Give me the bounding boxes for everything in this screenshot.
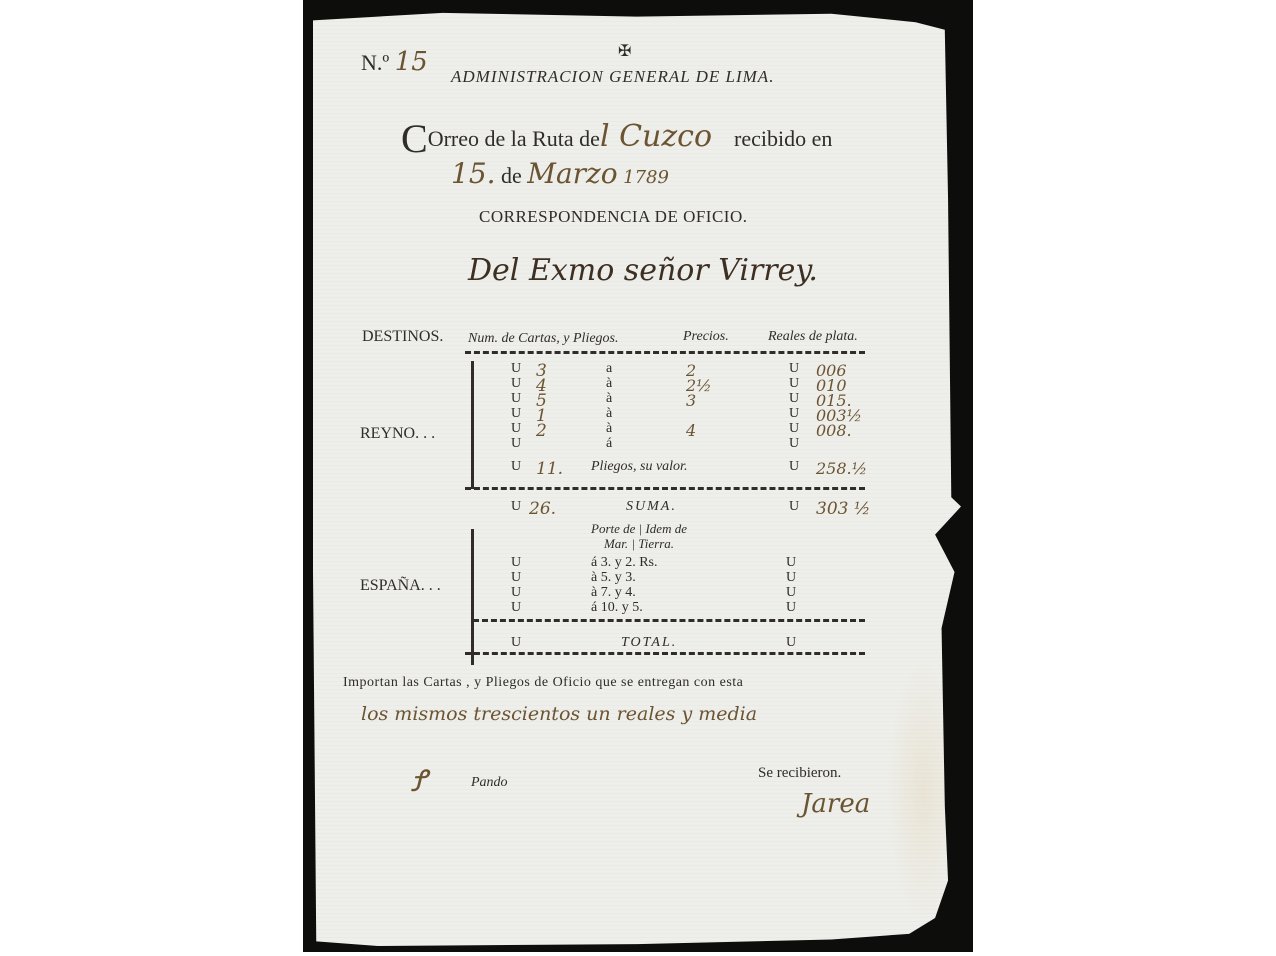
document-number: N.º 15 xyxy=(361,47,428,77)
office-title: ADMINISTRACION GENERAL DE LIMA. xyxy=(451,67,774,87)
header-precios: Precios. xyxy=(683,329,729,345)
table-row: U3a2U006 xyxy=(511,361,871,375)
espana-bracket xyxy=(471,529,474,665)
route-suffix: recibido en xyxy=(734,126,832,151)
suma-row: U 26. SUMA. U 303 ½ xyxy=(511,499,871,517)
espana-row: Uà 7. y 4.U xyxy=(511,585,811,599)
sender: Del Exmo señor Virrey. xyxy=(468,253,818,288)
espana-row: Uá 10. y 5.U xyxy=(511,600,811,614)
route-line: COrreo de la Ruta del Cuzco recibido en xyxy=(401,115,832,162)
table-row: U5à3U015. xyxy=(511,391,871,405)
reyno-bracket xyxy=(471,361,474,489)
received-label: Se recibieron. xyxy=(758,765,841,782)
number-label: N.º xyxy=(361,50,389,75)
reyno-label: REYNO. . . xyxy=(360,425,435,443)
table-row: U1àU003½ xyxy=(511,406,871,420)
total-row: U TOTAL. U xyxy=(511,635,811,651)
pliegos-row: U11.Pliegos, su valor.U258.½ xyxy=(511,459,871,473)
number-value: 15 xyxy=(395,47,428,77)
date-line: 15. de Marzo 1789 xyxy=(451,157,669,190)
cross-emblem-icon: ✠ xyxy=(618,41,631,61)
importan-text: Importan las Cartas , y Pliegos de Ofici… xyxy=(343,675,743,691)
porte-header: Porte de | Idem de Mar. | Tierra. xyxy=(591,521,687,551)
header-reales: Reales de plata. xyxy=(768,329,858,345)
espana-row: Uà 5. y 3.U xyxy=(511,570,811,584)
table-top-rule xyxy=(465,351,865,354)
table-bottom-rule xyxy=(465,652,865,655)
route-value: l Cuzco xyxy=(600,119,712,154)
header-num: Num. de Cartas, y Pliegos. xyxy=(468,331,619,347)
table-row: UáU xyxy=(511,436,871,450)
rubric-left: Ꝭ xyxy=(411,759,426,800)
date-de: de xyxy=(501,163,522,188)
table-row: U2à4U008. xyxy=(511,421,871,435)
header-destinos: DESTINOS. xyxy=(362,328,443,346)
espana-label: ESPAÑA. . . xyxy=(360,577,441,595)
route-prefix: Orreo de la Ruta de xyxy=(428,126,600,151)
route-initial: C xyxy=(401,116,428,161)
date-day: 15. xyxy=(451,157,496,190)
document-sheet: N.º 15 ✠ ADMINISTRACION GENERAL DE LIMA.… xyxy=(313,11,961,946)
table-row: U4à2½U010 xyxy=(511,376,871,390)
date-month: Marzo xyxy=(527,157,617,190)
signature-right: Jarea xyxy=(801,789,870,819)
importan-handwritten: los mismos trescientos un reales y media xyxy=(361,703,757,725)
section-title: CORRESPONDENCIA DE OFICIO. xyxy=(479,207,748,227)
reyno-bottom-rule xyxy=(465,487,865,490)
date-year: 1789 xyxy=(623,167,669,188)
espana-bottom-rule xyxy=(473,619,865,622)
espana-row: Uá 3. y 2. Rs.U xyxy=(511,555,811,569)
signer-left: Pando xyxy=(471,775,508,791)
